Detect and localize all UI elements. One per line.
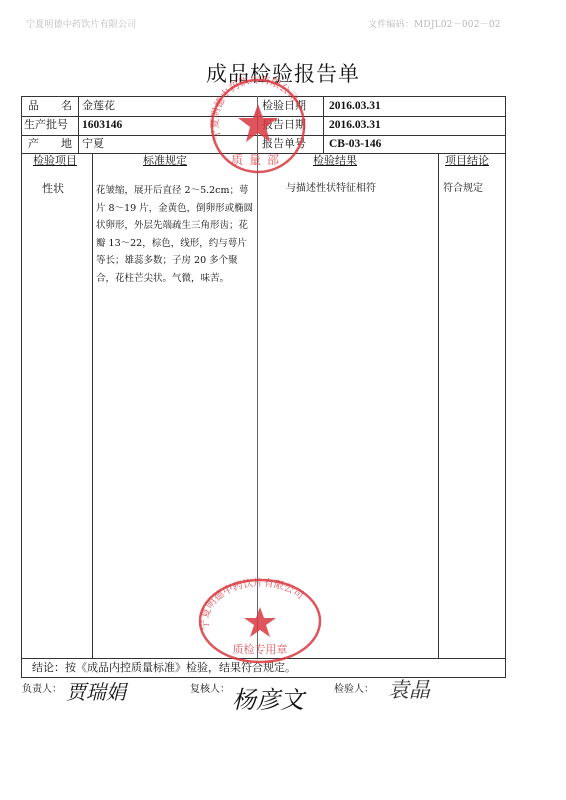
inspect-date-value: 2016.03.31	[329, 97, 381, 115]
report-date-value: 2016.03.31	[329, 116, 381, 134]
batch-value: 1603146	[82, 116, 122, 134]
header-item: 检验项目	[33, 152, 77, 170]
quality-dept-stamp: 宁夏明德中药饮片有限公司 质量部	[203, 76, 313, 176]
product-name-value: 金莲花	[82, 97, 115, 115]
responsible-signature: 贾瑞娟	[66, 676, 126, 705]
origin-value: 宁夏	[82, 135, 104, 153]
svg-text:质量部: 质量部	[231, 152, 285, 167]
responsible-label: 负责人：	[22, 680, 62, 695]
origin-label: 产 地	[28, 135, 72, 153]
quality-inspection-stamp: 宁夏明德中药饮片有限公司 质检专用章	[197, 577, 323, 665]
company-header: 宁夏明德中药饮片有限公司	[26, 17, 136, 30]
header-standard: 标准规定	[143, 152, 187, 170]
row-item: 性状	[42, 180, 64, 198]
star-icon	[238, 104, 278, 142]
header-conclusion: 项目结论	[445, 152, 489, 170]
svg-text:质检专用章: 质检专用章	[233, 642, 288, 656]
star-icon	[244, 607, 276, 637]
product-name-label: 品 名	[28, 97, 72, 115]
document-code: 文件编码：MDJL02－002－02	[368, 17, 501, 30]
row-conclusion: 符合规定	[443, 180, 483, 198]
batch-label: 生产批号	[24, 116, 68, 134]
reviewer-label: 复核人：	[190, 680, 230, 695]
reviewer-signature: 杨彦文	[232, 680, 304, 715]
header-result: 检验结果	[313, 152, 357, 170]
row-standard: 花皱缩，展开后直径 2～5.2cm；萼片 8～19 片，金黄色，倒卵形或椭圆状卵…	[96, 182, 256, 287]
report-no-value: CB-03-146	[329, 135, 381, 153]
inspector-label: 检验人：	[334, 680, 374, 695]
row-result: 与描述性状特征相符	[286, 180, 376, 198]
inspector-signature: 袁晶	[388, 674, 430, 704]
